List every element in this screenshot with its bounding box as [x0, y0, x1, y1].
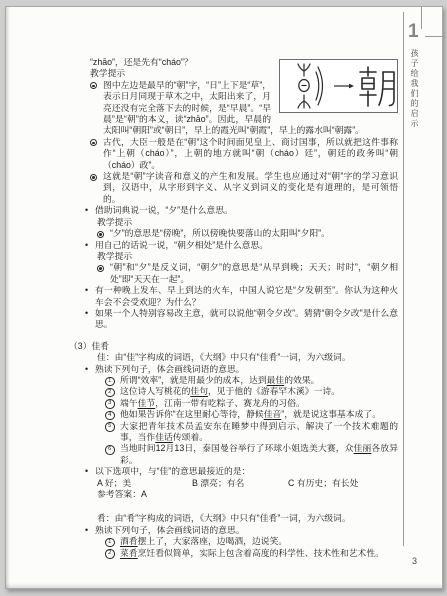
- main-text-column: “zhāo”，还是先有“cháo”？教学提示图中左边是最早的“朝”字，“日”上下…: [84, 57, 398, 559]
- circled-number-marker: 1: [105, 538, 115, 548]
- circle-bullet-marker: [90, 139, 97, 146]
- teaching-tip-item: “朝”和“夕”是反义词，“朝夕”的意思是“从早到晚；天天；时时”，“朝夕相处”即…: [84, 262, 398, 285]
- text-run: 熟读下列句子，体会画线词语的意思。: [95, 525, 245, 535]
- circled-number-marker: 6: [105, 445, 115, 455]
- text-run: 图中左边是最早的“朝”字，“日”上下是“草”，表示日月同现于草木之中，太阳出来了…: [103, 80, 364, 136]
- text-run: 摆上了，大家落座，边喝酒，边说笑。: [138, 536, 288, 546]
- text-run: 的效果。: [284, 375, 319, 385]
- book-page: 1 孩子给我们的启示 3: [5, 6, 443, 589]
- circled-number-marker: 5: [105, 422, 115, 432]
- text-run: 烹饪看似简单，实际上包含着高度的科学性、技术性和艺术性。: [138, 548, 384, 558]
- bullet-item: •用自己的话说一说，“朝夕相处”是什么意思。: [84, 240, 398, 251]
- teaching-tip-heading: 教学提示: [97, 217, 398, 228]
- numbered-example: 5大家把青年技术员孟安东在睡梦中得到启示、解决了一个技术难题的事，当作佳话传颂着…: [84, 421, 398, 444]
- text-run: 古代，大臣一般是在“朝”这个时间面见皇上、商讨国事，所以就把这件事称作“上朝（c…: [103, 137, 398, 170]
- dot-bullet-marker: •: [85, 285, 88, 296]
- underlined-term: 酒肴: [120, 536, 138, 546]
- option-a: A 好；美: [97, 478, 192, 489]
- teaching-tip-item: “夕”的意思是“傍晚”，所以傍晚快要落山的太阳叫“夕阳”。: [84, 228, 398, 239]
- text-run: 当地时间12月13日，泰国曼谷举行了环球小姐选美大赛，众: [120, 443, 354, 453]
- text-run: 用自己的话说一说，“朝夕相处”是什么意思。: [95, 240, 268, 250]
- numbered-example: 2这位诗人写桃花的佳句，见于他的《游春罕木溪》一诗。: [84, 386, 398, 397]
- dot-bullet-marker: •: [85, 205, 88, 216]
- numbered-example: 6当地时间12月13日，泰国曼谷举行了环球小姐选美大赛，众佳丽各放异彩。: [84, 443, 398, 466]
- continuation-line: “zhāo”，还是先有“cháo”？: [90, 57, 398, 68]
- underlined-term: 佳话: [155, 432, 173, 442]
- circle-bullet-marker: [97, 265, 104, 272]
- teaching-tip-item: 图中左边是最早的“朝”字，“日”上下是“草”，表示日月同现于草木之中，太阳出来了…: [84, 80, 398, 137]
- top-tick-mark: [421, 7, 422, 29]
- numbered-example: 1酒肴摆上了，大家落座，边喝酒，边说笑。: [84, 536, 398, 547]
- text-run: 有一种晚上发车、早上到达的火车，中国人说它是“夕发朝至”。你认为这种火车会不会受…: [95, 285, 398, 306]
- dot-bullet-marker: •: [85, 466, 88, 477]
- underlined-term: 佳节: [138, 398, 156, 408]
- text-run: 佳：由“佳”字构成的词语，《大纲》中只有“佳肴”一词，为六级词。: [97, 352, 351, 362]
- text-run: 他如果告诉你“在这里耐心等待，静候: [120, 409, 264, 419]
- text-run: 所谓“效率”，就是用最少的成本，达到: [120, 375, 267, 385]
- underlined-term: 佳丽: [354, 443, 372, 453]
- text-run: 端午: [120, 398, 138, 408]
- text-run: 如果一个人特别容易改主意，就可以说他“朝令夕改”。猜猜“朝令夕改”是什么意思。: [95, 308, 398, 329]
- paragraph: 肴：由“肴”字构成的词语，《大纲》中只有“佳肴”一词，为六级词。: [97, 513, 398, 524]
- chapter-dash: [425, 36, 445, 37]
- text-run: 参考答案：A: [97, 489, 147, 499]
- underlined-term: 佳句: [190, 386, 208, 396]
- text-run: “夕”的意思是“傍晚”，所以傍晚快要落山的太阳叫“夕阳”。: [110, 228, 330, 238]
- dot-bullet-marker: •: [85, 525, 88, 536]
- circle-bullet-marker: [90, 82, 97, 89]
- chapter-number: 1: [408, 21, 419, 43]
- circled-number-marker: 1: [105, 377, 115, 387]
- answer-line: 参考答案：A: [97, 489, 398, 500]
- chapter-title: 孩子给我们的启示: [409, 49, 420, 129]
- scan-background: { "page": { "number": "3" }, "sidebar": …: [0, 0, 447, 596]
- circle-bullet-marker: [90, 174, 97, 181]
- page-number: 3: [412, 556, 417, 566]
- text-run: ”，就是说这事基本成了。: [281, 409, 381, 419]
- text-run: 教学提示: [97, 217, 132, 227]
- numbered-example: 4他如果告诉你“在这里耐心等待，静候佳音”，就是说这事基本成了。: [84, 409, 398, 420]
- text-run: ，见于他的《游春罕木溪》一诗。: [208, 386, 340, 396]
- teaching-tip-heading: 教学提示: [97, 251, 398, 262]
- text-run: 熟读下列句子，体会画线词语的意思。: [95, 364, 245, 374]
- dot-bullet-marker: •: [85, 240, 88, 251]
- text-run: 肴：由“肴”字构成的词语，《大纲》中只有“佳肴”一词，为六级词。: [97, 513, 351, 523]
- dot-bullet-marker: •: [85, 364, 88, 375]
- underlined-term: 佳音: [264, 409, 282, 419]
- circled-number-marker: 4: [105, 411, 115, 421]
- circle-bullet-marker: [97, 231, 104, 238]
- option-b: B 漂亮；有名: [192, 478, 288, 489]
- bullet-item: •借助词典说一说，“夕”是什么意思。: [84, 205, 398, 216]
- content-blocks: “zhāo”，还是先有“cháo”？教学提示图中左边是最早的“朝”字，“日”上下…: [84, 57, 398, 559]
- underlined-term: 最佳: [267, 375, 285, 385]
- text-run: “zhāo”，还是先有“cháo”？: [90, 57, 193, 67]
- options-row: A 好；美B 漂亮；有名C 有历史；有长处: [97, 478, 398, 489]
- numbered-example: 1所谓“效率”，就是用最少的成本，达到最佳的效果。: [84, 375, 398, 386]
- text-run: 这就是“朝”字读音和意义的产生和发展。学生也应通过对“朝”字的学习意识到，汉语中…: [103, 171, 398, 204]
- underlined-term: 菜肴: [120, 548, 138, 558]
- teaching-tip-heading: 教学提示: [90, 68, 398, 79]
- text-run: （3）佳肴: [69, 341, 109, 351]
- bullet-item: •熟读下列句子，体会画线词语的意思。: [84, 364, 398, 375]
- numbered-example: 3端午佳节，江南一带有吃粽子、赛龙舟的习俗。: [84, 398, 398, 409]
- bullet-item: •有一种晚上发车、早上到达的火车，中国人说它是“夕发朝至”。你认为这种火车会不会…: [84, 285, 398, 308]
- circled-number-marker: 2: [105, 388, 115, 398]
- section-heading: （3）佳肴: [69, 341, 398, 352]
- bullet-item: •以下选项中，与“佳”的意思最接近的是：: [84, 466, 398, 477]
- circled-number-marker: 3: [105, 399, 115, 409]
- circled-number-marker: 2: [105, 549, 115, 559]
- dot-bullet-marker: •: [85, 308, 88, 319]
- text-run: 教学提示: [97, 251, 132, 261]
- bullet-item: •如果一个人特别容易改主意，就可以说他“朝令夕改”。猜猜“朝令夕改”是什么意思。: [84, 308, 398, 331]
- text-run: 教学提示: [90, 68, 125, 78]
- text-run: ，江南一带有吃粽子、赛龙舟的习俗。: [155, 398, 305, 408]
- text-run: 借助词典说一说，“夕”是什么意思。: [95, 205, 233, 215]
- numbered-example: 2菜肴烹饪看似简单，实际上包含着高度的科学性、技术性和艺术性。: [84, 548, 398, 559]
- sidebar-rule: [403, 12, 404, 546]
- text-run: “朝”和“夕”是反义词，“朝夕”的意思是“从早到晚；天天；时时”，“朝夕相处”即…: [110, 262, 398, 283]
- text-run: 传颂着。: [173, 432, 208, 442]
- paragraph: 佳：由“佳”字构成的词语，《大纲》中只有“佳肴”一词，为六级词。: [97, 352, 398, 363]
- teaching-tip-item: 古代，大臣一般是在“朝”这个时间面见皇上、商讨国事，所以就把这件事称作“上朝（c…: [84, 137, 398, 171]
- text-run: 以下选项中，与“佳”的意思最接近的是：: [95, 466, 250, 476]
- option-c: C 有历史；有长处: [288, 478, 358, 489]
- text-run: 这位诗人写桃花的: [120, 386, 190, 396]
- teaching-tip-item: 这就是“朝”字读音和意义的产生和发展。学生也应通过对“朝”字的学习意识到，汉语中…: [84, 171, 398, 205]
- bullet-item: •熟读下列句子，体会画线词语的意思。: [84, 525, 398, 536]
